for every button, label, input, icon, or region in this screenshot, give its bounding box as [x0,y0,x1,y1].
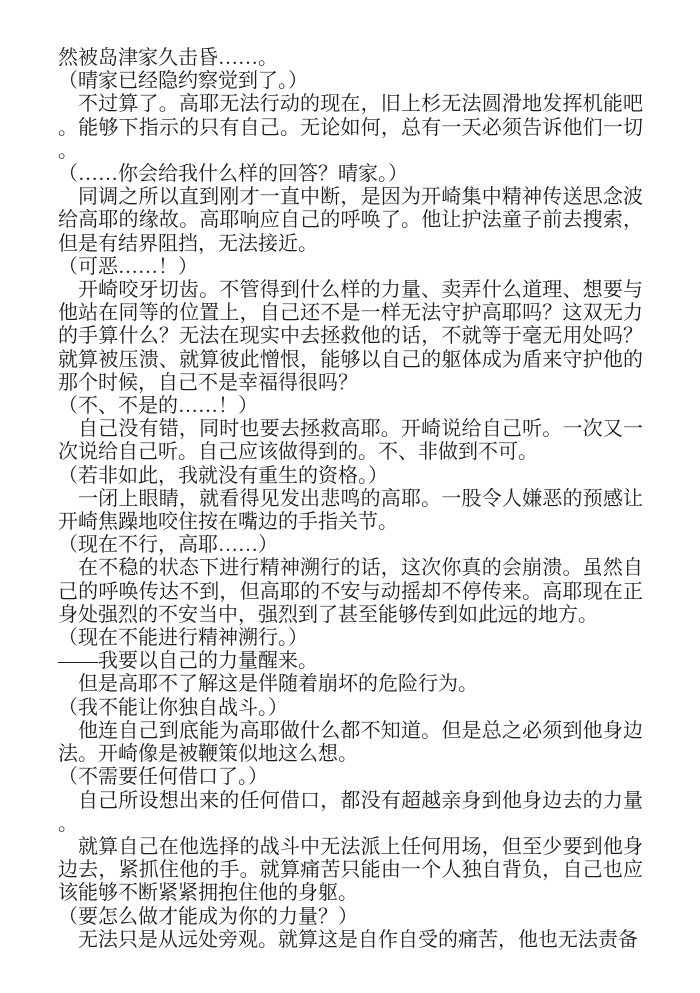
paragraph-emphasis-dash: ——我要以自己的力量醒来。 [58,650,643,673]
paragraph-inner-monologue: （要怎么做才能成为你的力量？） [58,906,643,929]
paragraph-inner-monologue: （不需要任何借口了。） [58,766,643,789]
paragraph-inner-monologue: （不、不是的……！） [58,395,643,418]
book-page: 然被岛津家久击昏……。 （晴家已经隐约察觉到了。） 不过算了。高耶无法行动的现在… [0,0,700,993]
paragraph-inner-monologue: （若非如此，我就没有重生的资格。） [58,465,643,488]
paragraph: 无法只是从远处旁观。就算这是自作自受的痛苦，他也无法责备 [58,929,643,952]
paragraph-inner-monologue: （现在不行，高耶……） [58,534,643,557]
paragraph: 在不稳的状态下进行精神溯行的话，这次你真的会崩溃。虽然自己的呼唤传达不到，但高耶… [58,557,643,627]
paragraph: 他连自己到底能为高耶做什么都不知道。但是总之必须到他身边法。开崎像是被鞭策似地这… [58,720,643,766]
paragraph: 不过算了。高耶无法行动的现在，旧上杉无法圆滑地发挥机能吧。能够下指示的只有自己。… [58,93,643,163]
paragraph: 就算自己在他选择的战斗中无法派上任何用场，但至少要到他身边去，紧抓住他的手。就算… [58,836,643,906]
paragraph: 自己所设想出来的任何借口，都没有超越亲身到他身边去的力量。 [58,790,643,836]
paragraph: 同调之所以直到刚才一直中断，是因为开崎集中精神传送思念波给高耶的缘故。高耶响应自… [58,186,643,256]
paragraph: 自己没有错，同时也要去拯救高耶。开崎说给自己听。一次又一次说给自己听。自己应该做… [58,418,643,464]
paragraph: 但是高耶不了解这是伴随着崩坏的危险行为。 [58,673,643,696]
paragraph: 然被岛津家久击昏……。 [58,47,643,70]
novel-text-block: 然被岛津家久击昏……。 （晴家已经隐约察觉到了。） 不过算了。高耶无法行动的现在… [58,47,643,952]
paragraph-inner-monologue: （晴家已经隐约察觉到了。） [58,70,643,93]
paragraph-inner-monologue: （现在不能进行精神溯行。） [58,627,643,650]
paragraph-inner-monologue: （我不能让你独自战斗。） [58,697,643,720]
paragraph: 开崎咬牙切齿。不管得到什么样的力量、卖弄什么道理、想要与他站在同等的位置上，自己… [58,279,643,395]
paragraph: 一闭上眼睛，就看得见发出悲鸣的高耶。一股令人嫌恶的预感让开崎焦躁地咬住按在嘴边的… [58,488,643,534]
paragraph-inner-monologue: （……你会给我什么样的回答？晴家。） [58,163,643,186]
paragraph-inner-monologue: （可恶……！） [58,256,643,279]
